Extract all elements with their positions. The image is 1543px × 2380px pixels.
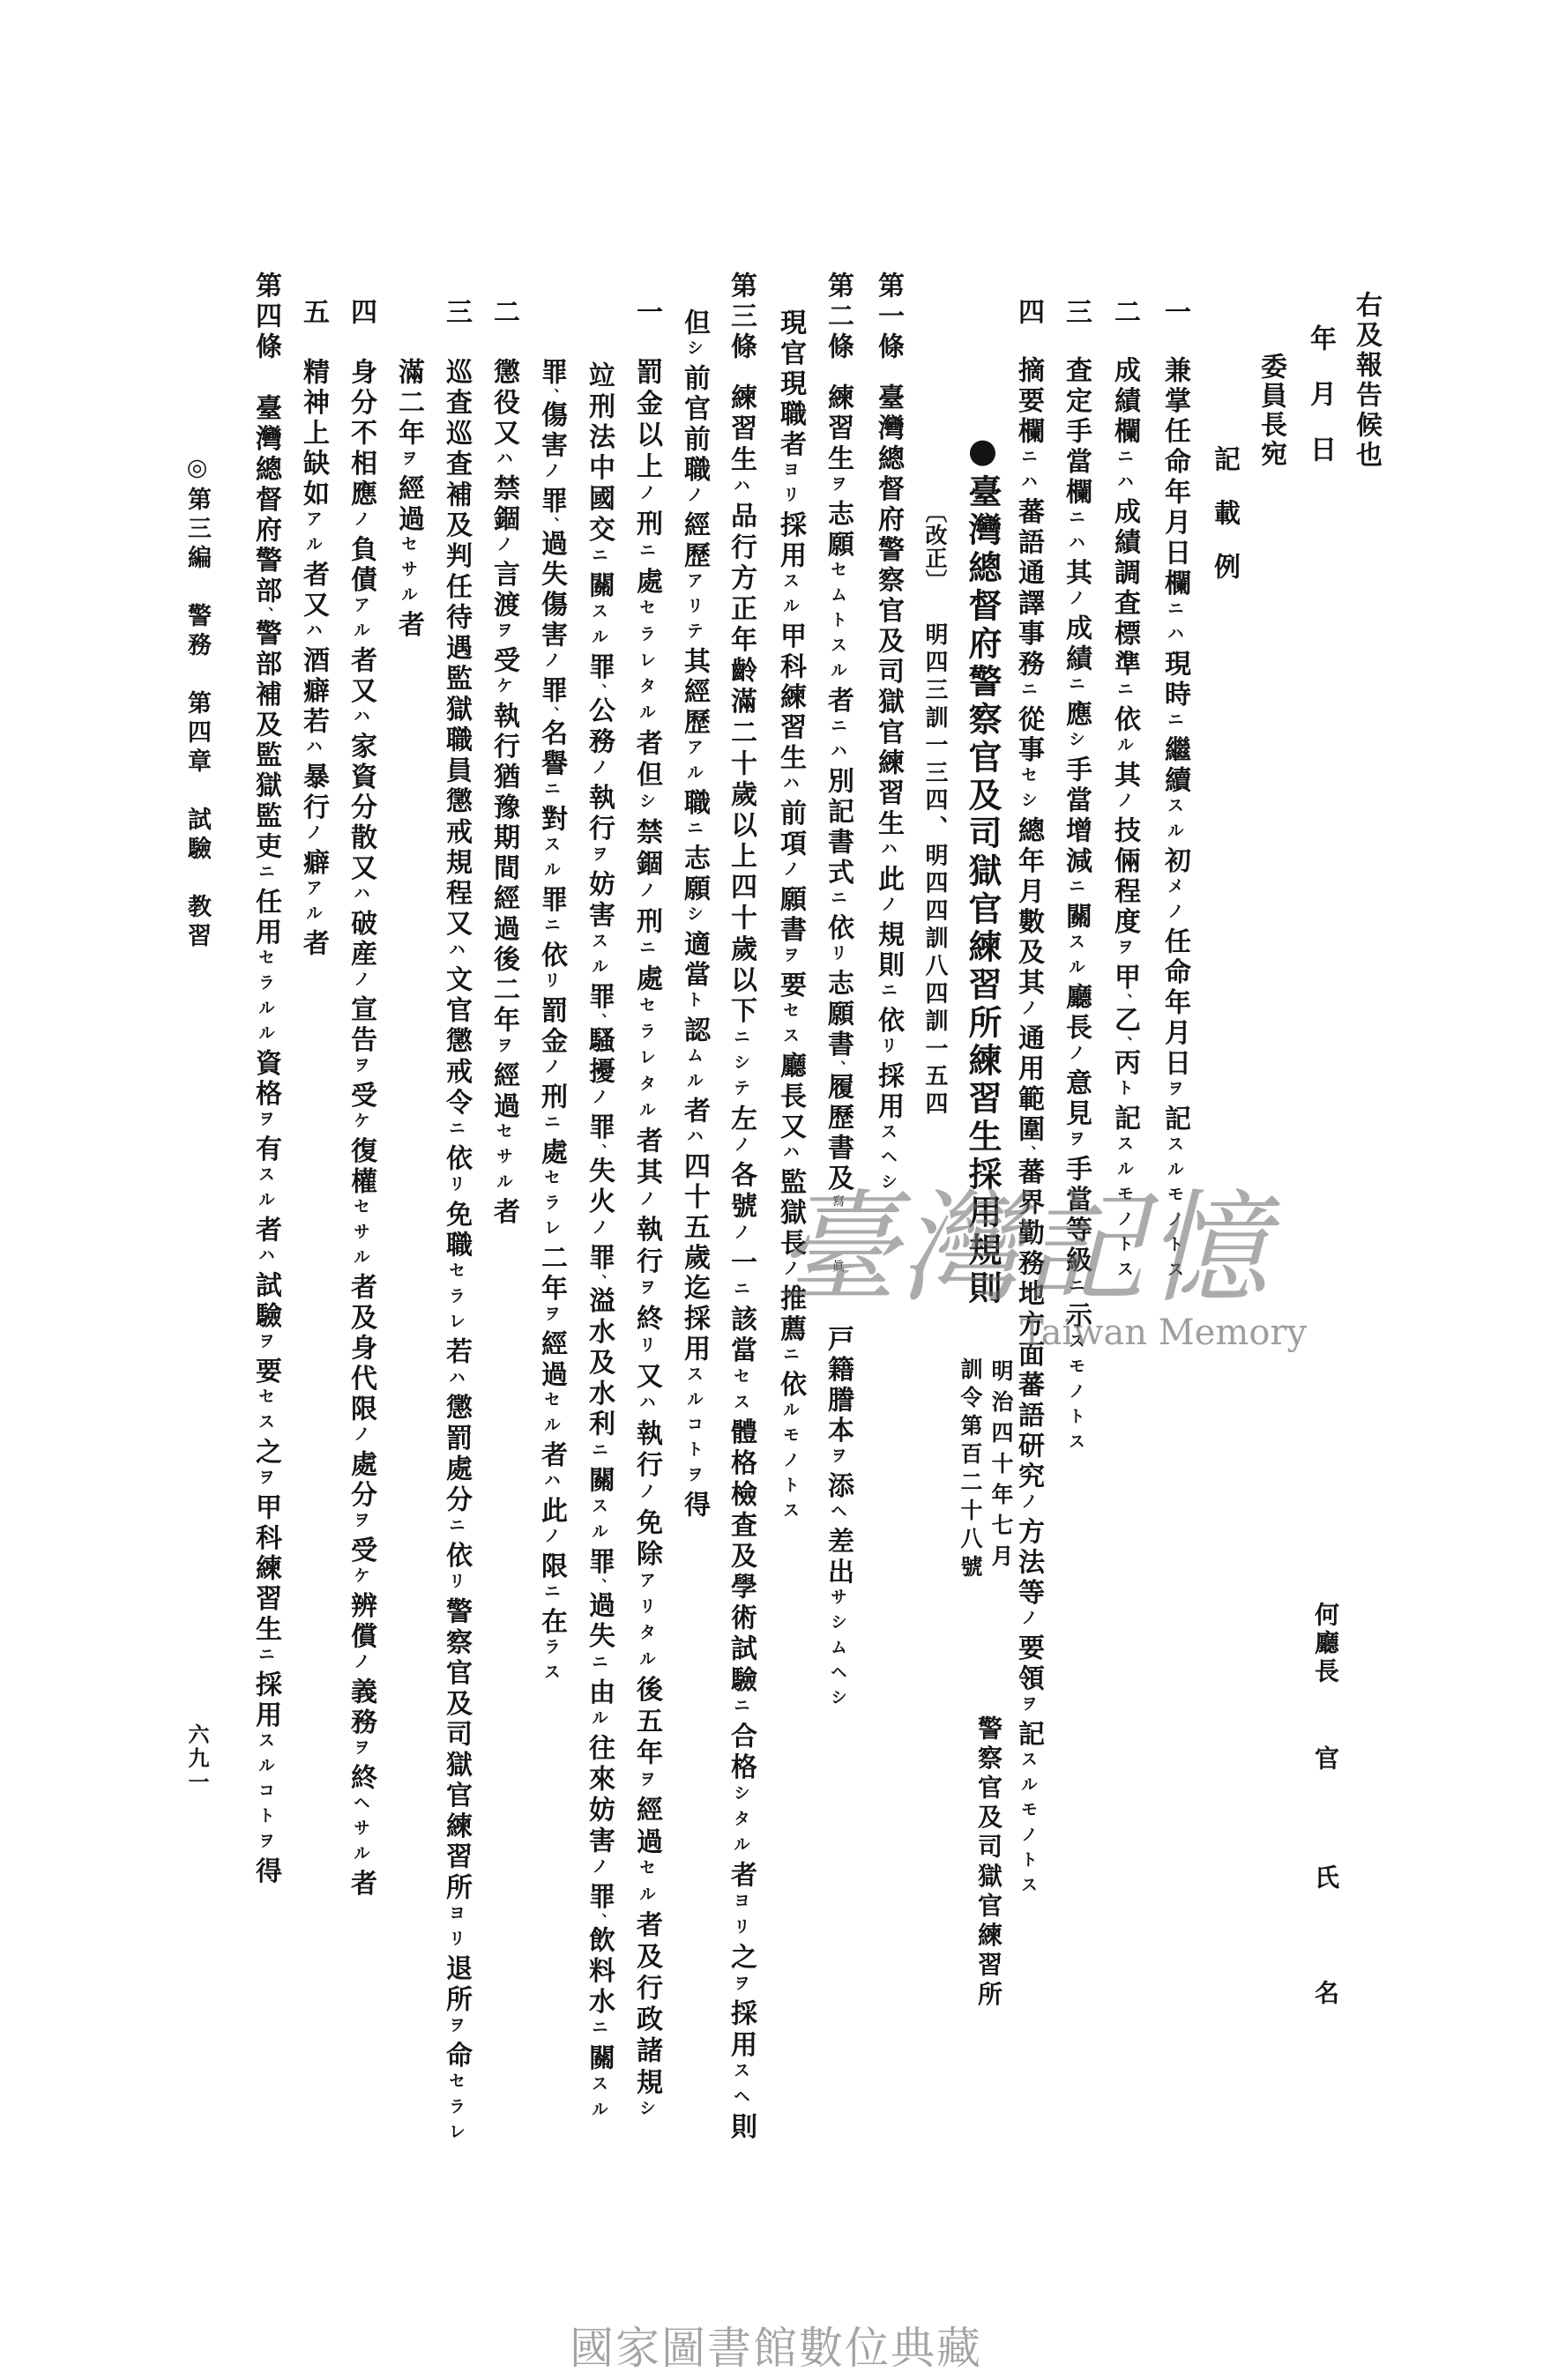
article-3-body: 練習生ハ品行方正年齡滿二十歲以上四十歲以下ニシテ左ノ各號ノ一ニ該當セス體格檢査及… — [723, 383, 758, 2143]
amendment-label: 〔改正〕 — [920, 501, 950, 592]
regulation-title: ●臺灣總督府警察官及司獄官練習所練習生採用規則 — [962, 430, 1003, 1308]
entry-note-number: 二 — [1107, 298, 1142, 329]
article-1-body: 臺灣總督府警察官及司獄官練習生ハ此ノ規則ニ依リ採用スヘシ — [870, 383, 906, 1198]
page-number: 六九一 — [183, 1723, 210, 1795]
article-3-item-number: 一 — [629, 298, 664, 329]
article-3-proviso: 但シ前官前職ノ經歷アリテ其經歷アル職ニ志願シ適當ト認ムル者ハ四十五歲迄採用スルコ… — [676, 309, 712, 1521]
article-1-label: 第一條 — [870, 271, 906, 363]
article-3-item-line: 罰金以上ノ刑ニ處セラレタル者但シ禁錮ノ刑ニ處セラレタル者其ノ執行ヲ終リ又ハ執行ノ… — [629, 358, 664, 2124]
article-3-label: 第三條 — [723, 271, 758, 363]
article-3-item-number: 三 — [438, 298, 473, 329]
enactment-order: 訓令第百二十八號 — [957, 1357, 983, 1583]
article-3-item-line: 巡査巡査補及判任待遇監獄職員懲戒規程又ハ文官懲戒令ニ依リ免職セラレ若ハ懲罰處分ニ… — [438, 358, 473, 2147]
signature-rank: 官 — [1308, 1745, 1343, 1774]
article-3-item-line: 身分不相應ノ負債アル者又ハ家資分散又ハ破産ノ宣告ヲ受ケ復權セサル者及身代限ノ處分… — [343, 358, 378, 1900]
enactment-date: 明治四十年七月 — [988, 1359, 1014, 1575]
entry-note-number: 一 — [1157, 298, 1192, 329]
entry-note-number: 三 — [1058, 298, 1093, 329]
running-header: ◎第三編 警務 第四章 試驗 教習 — [179, 454, 214, 952]
article-2-label: 第二條 — [820, 271, 855, 363]
article-4-body: 臺灣總督府警部、警部補及監獄監吏ニ任用セラルル資格ヲ有スル者ハ試驗ヲ要セス之ヲ甲… — [248, 394, 283, 1887]
entry-note-text: 査定手當欄ニハ其ノ成績ニ應シ手當增減ニ關スル廳長ノ意見ヲ手當等級ニ示スモノトス — [1058, 356, 1093, 1458]
entry-notes-heading: 記載例 — [1206, 445, 1241, 606]
article-3-item-line: 懲役又ハ禁錮ノ言渡ヲ受ケ執行猶豫期間經過後二年ヲ經過セサル者 — [486, 358, 521, 1228]
article-3-item-number: 二 — [486, 298, 521, 329]
issuing-body: 警察官及司獄官練習所 — [973, 1715, 1003, 2011]
article-3-item-line: 滿二年ヲ經過セサル者 — [391, 358, 426, 641]
article-2-paragraph-2: 現官現職者ヨリ採用スル甲科練習生ハ前項ノ願書ヲ要セス廳長又ハ監獄長ノ推薦ニ依ルモ… — [772, 309, 808, 1527]
article-2-body-part-1: 練習生ヲ志願セムトスル者ニハ別記書式ニ依リ志願書、履歷書及 — [823, 383, 853, 1194]
article-3-item-number: 四 — [343, 298, 378, 329]
entry-note-text: 成績欄ニハ成績調査標準ニ依ル其ノ技倆程度ヲ甲、乙、丙ト記スルモノトス — [1107, 356, 1142, 1285]
entry-note-number: 四 — [1010, 298, 1046, 329]
report-closing-line: 右及報告候也 — [1348, 291, 1383, 471]
article-2-body: 練習生ヲ志願セムトスル者ニハ別記書式ニ依リ志願書、履歷書及寫眞戸籍謄本ヲ添ヘ差出… — [820, 383, 855, 1714]
article-3-item-number: 五 — [295, 298, 331, 329]
article-2-body-part-2: 戸籍謄本ヲ添ヘ差出サシムヘシ — [823, 1325, 853, 1714]
article-3-item-line: 精神上缺如アル者又ハ酒癖若ハ暴行ノ癖アル者 — [295, 358, 331, 960]
signature-given-name: 名 — [1308, 1980, 1343, 2009]
library-credit-footer: 國家圖書館數位典藏 — [570, 2324, 982, 2373]
article-3-item-line: 竝刑法中國交ニ關スル罪、公務ノ執行ヲ妨害スル罪、騷擾ノ罪、失火ノ罪、溢水及水利ニ… — [581, 361, 616, 2124]
report-date-line: 年月日 — [1302, 324, 1338, 491]
entry-note-text: 摘要欄ニハ蕃語通譯事務ニ從事セシ總年月數及其ノ通用範圍、蕃界勤務地方面蕃語研究ノ… — [1010, 356, 1046, 1901]
entry-note-text: 兼掌任命年月日欄ニハ現時ニ繼續スル初メノ任命年月日ヲ記スルモノトス — [1157, 356, 1192, 1286]
report-addressee: 委員長宛 — [1253, 353, 1288, 469]
scanned-document-page: 右及報告候也 年月日 何廳長 官 氏 名 委員長宛 記載例 一 兼掌任命年月日欄… — [0, 0, 1543, 2380]
signature-office: 何廳長 — [1308, 1602, 1343, 1686]
article-2-inline-note: 寫眞 — [831, 1194, 845, 1325]
signature-surname: 氏 — [1308, 1864, 1343, 1893]
article-3-item-line: 罪、傷害ノ罪、過失傷害ノ罪、名譽ニ對スル罪ニ依リ罰金ノ刑ニ處セラレ二年ヲ經過セル… — [533, 358, 569, 1688]
article-4-label: 第四條 — [248, 271, 283, 363]
amendment-history: 明四三訓一三四、明四四訓八四訓一五四 — [920, 622, 950, 1119]
